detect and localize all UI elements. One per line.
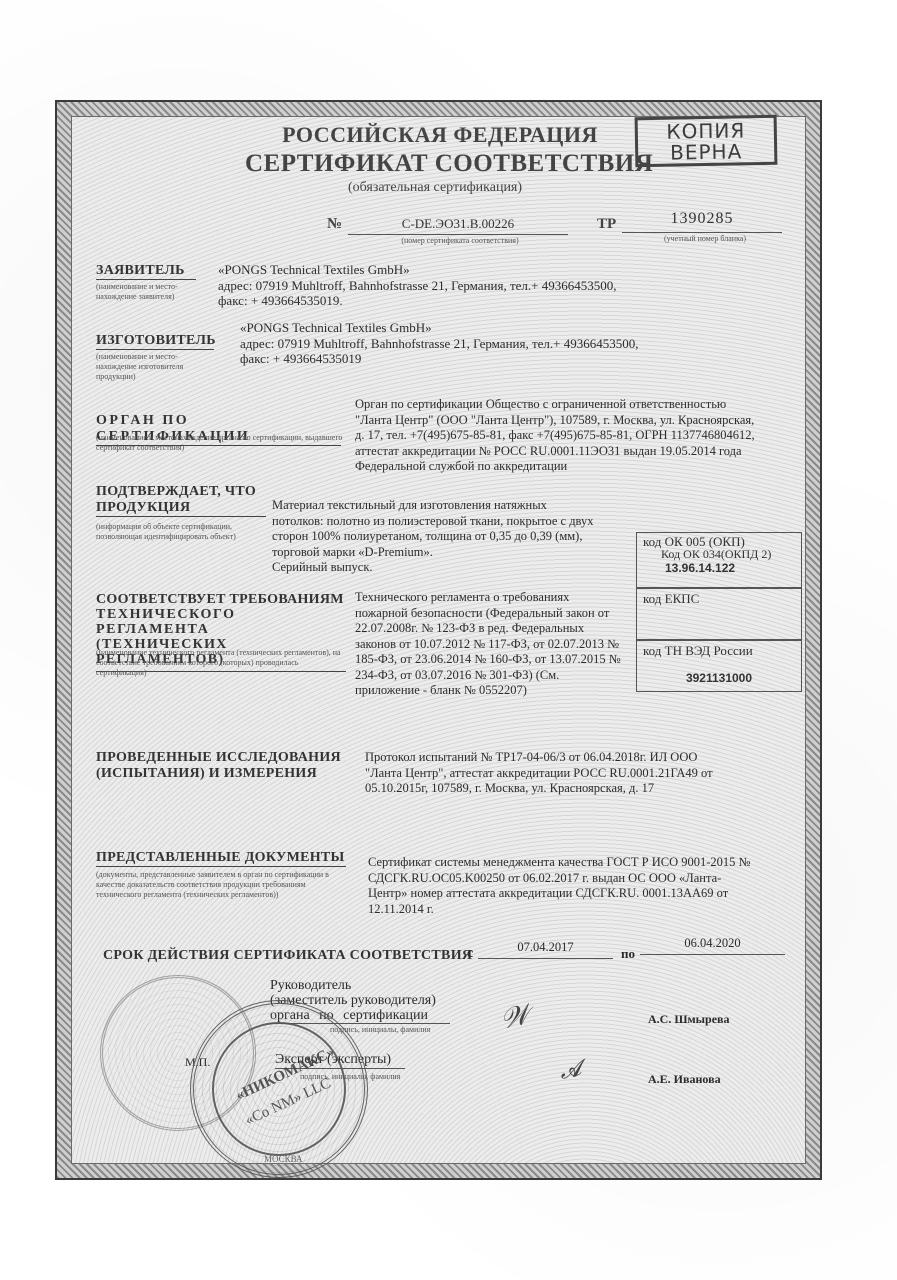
regulation-line: приложение - бланк № 0552207) (355, 683, 645, 699)
certification-body-details: Орган по сертификации Общество с огранич… (355, 397, 810, 475)
cert-body-line: Орган по сертификации Общество с огранич… (355, 397, 810, 413)
copy-certified-stamp: КОПИЯ ВЕРНА (635, 115, 778, 167)
tnved-code-value: 3921131000 (643, 671, 795, 685)
documents-line: СДСГК.RU.OC05.K00250 от 06.02.2017 г. вы… (368, 871, 813, 887)
documents-label: ПРЕДСТАВЛЕННЫЕ ДОКУМЕНТЫ (96, 850, 346, 867)
validity-label: СРОК ДЕЙСТВИЯ СЕРТИФИКАТА СООТВЕТСТВИЯ (103, 948, 463, 964)
regulation-caption: (наименование технического регламента (т… (96, 648, 341, 678)
okp-code-box: код ОК 005 (ОКП) Код ОК 034(ОКПД 2) 13.9… (636, 532, 802, 588)
applicant-label: ЗАЯВИТЕЛЬ (96, 263, 196, 280)
expert-signature: 𝓐 (558, 1056, 583, 1084)
company-seal: «НИКОМАКС» «Co NM» LLC МОСКВА (190, 1000, 368, 1178)
regulation-details: Технического регламента о требованиях по… (355, 590, 645, 699)
certificate-number-caption: (номер сертификата соответствия) (370, 236, 550, 246)
product-line: Серийный выпуск. (272, 560, 662, 576)
regulation-label-line: ТЕХНИЧЕСКОГО РЕГЛАМЕНТА (96, 607, 346, 637)
certificate-number: C-DE.ЭО31.B.00226 (348, 216, 568, 235)
certification-body-caption: (наименование и местонахождение органа п… (96, 433, 346, 453)
tests-line: "Ланта Центр", аттестат аккредитации РОС… (365, 766, 805, 782)
regulation-line: 234-ФЗ, от 03.07.2016 № 301-ФЗ) (См. (355, 668, 645, 684)
applicant-caption: (наименование и место-нахождение заявите… (96, 282, 206, 302)
applicant-fax: факс: + 493664535019. (218, 293, 698, 309)
product-line: Материал текстильный для изготовления на… (272, 498, 662, 514)
stamp-line-2: ВЕРНА (646, 141, 766, 164)
tests-label-line: ПРОВЕДЕННЫЕ ИССЛЕДОВАНИЯ (96, 750, 346, 766)
okpd-code-label: Код ОК 034(ОКПД 2) (643, 548, 795, 561)
regulation-line: 185-ФЗ, от 23.06.2014 № 160-ФЗ, от 13.07… (355, 652, 645, 668)
manufacturer-address: адрес: 07919 Muhltroff, Bahnhofstrasse 2… (240, 336, 720, 352)
applicant-details: «PONGS Technical Textiles GmbH» адрес: 0… (218, 262, 698, 309)
validity-to-date: 06.04.2020 (640, 936, 785, 955)
cert-body-line: аттестат аккредитации № РОСС RU.0001.11Э… (355, 444, 810, 460)
form-number: 1390285 (622, 210, 782, 233)
product-caption: (информация об объекте сертификации, поз… (96, 522, 266, 542)
product-label: ПОДТВЕРЖДАЕТ, ЧТО ПРОДУКЦИЯ (96, 484, 266, 517)
documents-caption: (документы, представленные заявителем в … (96, 870, 346, 900)
number-label: № (327, 216, 342, 233)
applicant-address: адрес: 07919 Muhltroff, Bahnhofstrasse 2… (218, 278, 698, 294)
product-label-line: ПОДТВЕРЖДАЕТ, ЧТО (96, 484, 266, 500)
cert-body-line: Федеральной службой по аккредитации (355, 459, 810, 475)
regulation-label-line: СООТВЕТСТВУЕТ ТРЕБОВАНИЯМ (96, 592, 346, 607)
okpd-code-value: 13.96.14.122 (643, 561, 795, 575)
product-label-line: ПРОДУКЦИЯ (96, 500, 266, 517)
manufacturer-details: «PONGS Technical Textiles GmbH» адрес: 0… (240, 320, 720, 367)
manufacturer-fax: факс: + 493664535019 (240, 351, 720, 367)
ekps-code-box: код ЕКПС (636, 588, 802, 640)
documents-line: Сертификат системы менеджмента качества … (368, 855, 813, 871)
manufacturer-label: ИЗГОТОВИТЕЛЬ (96, 333, 214, 350)
documents-details: Сертификат системы менеджмента качества … (368, 855, 813, 917)
product-line: торговой марки «D-Premium». (272, 545, 662, 561)
tests-line: 05.10.2015г, 107589, г. Москва, ул. Крас… (365, 781, 805, 797)
head-title-line: Руководитель (270, 978, 450, 993)
product-line: сторон 100% полиуретаном, толщина от 0,3… (272, 529, 662, 545)
applicant-name: «PONGS Technical Textiles GmbH» (218, 262, 698, 278)
documents-line: 12.11.2014 г. (368, 902, 813, 918)
tests-label-line: (ИСПЫТАНИЯ) И ИЗМЕРЕНИЯ (96, 766, 346, 782)
validity-to-label: по (621, 946, 635, 962)
regulation-line: Технического регламента о требованиях (355, 590, 645, 606)
regulation-line: законов от 10.07.2012 № 117-ФЗ, от 02.07… (355, 637, 645, 653)
tests-label: ПРОВЕДЕННЫЕ ИССЛЕДОВАНИЯ (ИСПЫТАНИЯ) И И… (96, 750, 346, 782)
tnved-code-label: код ТН ВЭД России (643, 643, 795, 659)
product-line: потолков: полотно из полиэстеровой ткани… (272, 514, 662, 530)
cert-body-line: "Ланта Центр" (ООО "Ланта Центр"), 10758… (355, 413, 810, 429)
head-signatory-name: А.С. Шмырева (648, 1012, 730, 1027)
documents-line: Центр» номер аттестата аккредитации СДСГ… (368, 886, 813, 902)
product-description: Материал текстильный для изготовления на… (272, 498, 662, 576)
tnved-code-box: код ТН ВЭД России 3921131000 (636, 640, 802, 692)
manufacturer-name: «PONGS Technical Textiles GmbH» (240, 320, 720, 336)
tests-details: Протокол испытаний № ТР17-04-06/3 от 06.… (365, 750, 805, 797)
regulation-line: 22.07.2008г. № 123-ФЗ в ред. Федеральных (355, 621, 645, 637)
cert-body-line: д. 17, тел. +7(495)675-85-81, факс +7(49… (355, 428, 810, 444)
expert-name: А.Е. Иванова (648, 1072, 721, 1087)
validity-from-date: 07.04.2017 (478, 940, 613, 959)
tr-label: ТР (597, 216, 616, 233)
head-signature-caption: подпись, инициалы, фамилия (330, 1025, 470, 1035)
country-title: РОССИЙСКАЯ ФЕДЕРАЦИЯ (255, 122, 625, 148)
manufacturer-caption: (наименование и место-нахождение изготов… (96, 352, 211, 382)
regulation-line: пожарной безопасности (Федеральный закон… (355, 606, 645, 622)
seal-ring-text: МОСКВА (264, 1154, 303, 1164)
form-number-caption: (учетный номер бланка) (640, 234, 770, 244)
tests-line: Протокол испытаний № ТР17-04-06/3 от 06.… (365, 750, 805, 766)
certificate-title: СЕРТИФИКАТ СООТВЕТСТВИЯ (245, 150, 630, 178)
validity-from-label: с (467, 946, 473, 962)
certificate-subtitle: (обязательная сертификация) (300, 180, 570, 196)
ekps-code-label: код ЕКПС (643, 591, 795, 607)
